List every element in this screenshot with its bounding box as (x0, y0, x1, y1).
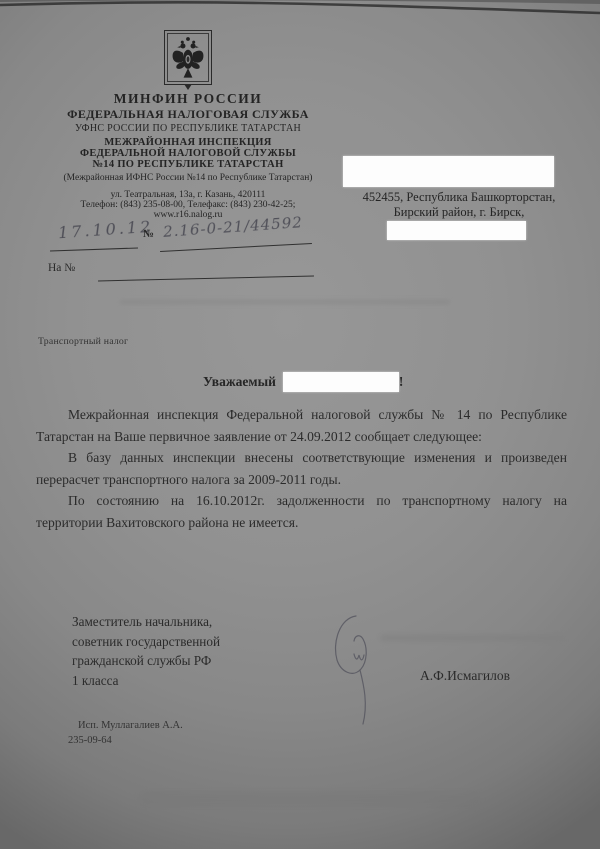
salutation-name-redaction (283, 372, 399, 392)
bleed-through-artifact (140, 792, 480, 806)
emblem-shield-point (184, 84, 192, 90)
inspection-name-line3: №14 ПО РЕСПУБЛИКЕ ТАТАРСТАН (42, 159, 334, 170)
salutation-line: Уважаемый ! (203, 372, 403, 392)
signer-position-line4: 1 класса (72, 671, 292, 691)
recipient-address-line1: 452455, Республика Башкорторстан, (343, 190, 575, 205)
executor-phone: 235-09-64 (68, 733, 183, 748)
federal-service-name: ФЕДЕРАЛЬНАЯ НАЛОГОВАЯ СЛУЖБА (42, 107, 334, 122)
letter-body: Межрайонная инспекция Федеральной налого… (36, 404, 567, 533)
russia-eagle-emblem-icon (169, 35, 207, 81)
number-underline (160, 243, 312, 252)
signer-position-line1: Заместитель начальника, (72, 612, 292, 632)
executor-name: Исп. Муллагалиев А.А. (68, 718, 183, 733)
signer-position-line2: советник государственной (72, 632, 292, 652)
signer-position-line3: гражданской службы РФ (72, 651, 292, 671)
date-underline (50, 247, 138, 251)
body-paragraph-2: В базу данных инспекции внесены соответс… (36, 447, 567, 490)
recipient-address-line2: Бирский район, г. Бирск, (343, 205, 575, 220)
regional-department-name: УФНС РОССИИ ПО РЕСПУБЛИКЕ ТАТАРСТАН (42, 123, 334, 134)
body-paragraph-1: Межрайонная инспекция Федеральной налого… (36, 404, 567, 447)
recipient-name-redaction (343, 156, 554, 187)
paper-edge-shadow (0, 0, 600, 20)
inspection-name-line2: ФЕДЕРАЛЬНОЙ НАЛОГОВОЙ СЛУЖБЫ (42, 148, 334, 159)
ministry-name: МИНФИН РОССИИ (42, 91, 334, 107)
signer-position: Заместитель начальника, советник государ… (72, 612, 292, 690)
handwritten-date: 17.10.12 (57, 217, 153, 243)
coat-of-arms-frame (164, 30, 212, 85)
reply-number-underline (98, 276, 314, 282)
scanned-letter-page: МИНФИН РОССИИ ФЕДЕРАЛЬНАЯ НАЛОГОВАЯ СЛУЖ… (0, 0, 600, 849)
inspection-name-line1: МЕЖРАЙОННАЯ ИНСПЕКЦИЯ (42, 137, 334, 148)
salutation-prefix: Уважаемый (203, 374, 276, 390)
handwritten-signature (322, 606, 392, 726)
executor-block: Исп. Муллагалиев А.А. 235-09-64 (68, 718, 183, 748)
bleed-through-artifact (120, 300, 450, 304)
inspection-phone: Телефон: (843) 235-08-00, Телефакс: (843… (42, 200, 334, 210)
subject-line: Транспортный налог (38, 336, 128, 347)
bleed-through-artifact (380, 634, 565, 642)
number-sign-label: № (143, 228, 154, 240)
recipient-street-redaction (387, 221, 526, 240)
inspection-alt-name: (Межрайонная ИФНС России №14 по Республи… (42, 173, 334, 183)
body-paragraph-3: По состоянию на 16.10.2012г. задолженнос… (36, 490, 567, 533)
letterhead: МИНФИН РОССИИ ФЕДЕРАЛЬНАЯ НАЛОГОВАЯ СЛУЖ… (42, 30, 334, 220)
reply-to-number-label: На № (48, 262, 75, 274)
signer-name: А.Ф.Исмагилов (420, 668, 510, 684)
salutation-punctuation: ! (399, 374, 404, 390)
inspection-address: ул. Театральная, 13а, г. Казань, 420111 (42, 190, 334, 200)
